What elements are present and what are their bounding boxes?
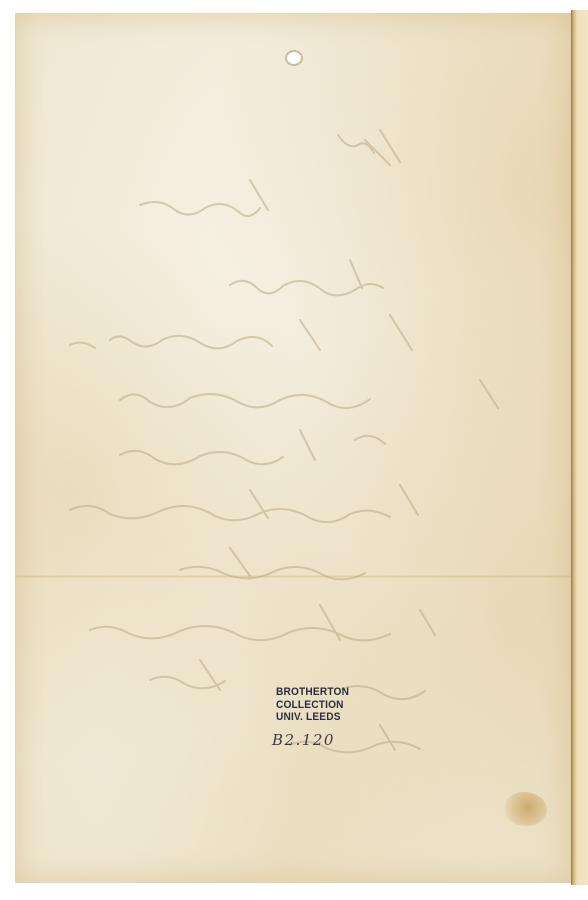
adjacent-page-edge xyxy=(571,10,588,885)
punch-hole xyxy=(287,52,301,64)
stamp-line-3: UNIV. LEEDS xyxy=(276,711,349,724)
letter-page xyxy=(15,13,571,883)
foxing-stain xyxy=(505,792,547,826)
stamp-line-1: BROTHERTON xyxy=(276,686,349,699)
library-stamp: BROTHERTON COLLECTION UNIV. LEEDS xyxy=(276,686,349,724)
fold-crease xyxy=(15,575,571,578)
stamp-line-2: COLLECTION xyxy=(276,699,349,712)
shelfmark: B2.120 xyxy=(272,731,335,749)
